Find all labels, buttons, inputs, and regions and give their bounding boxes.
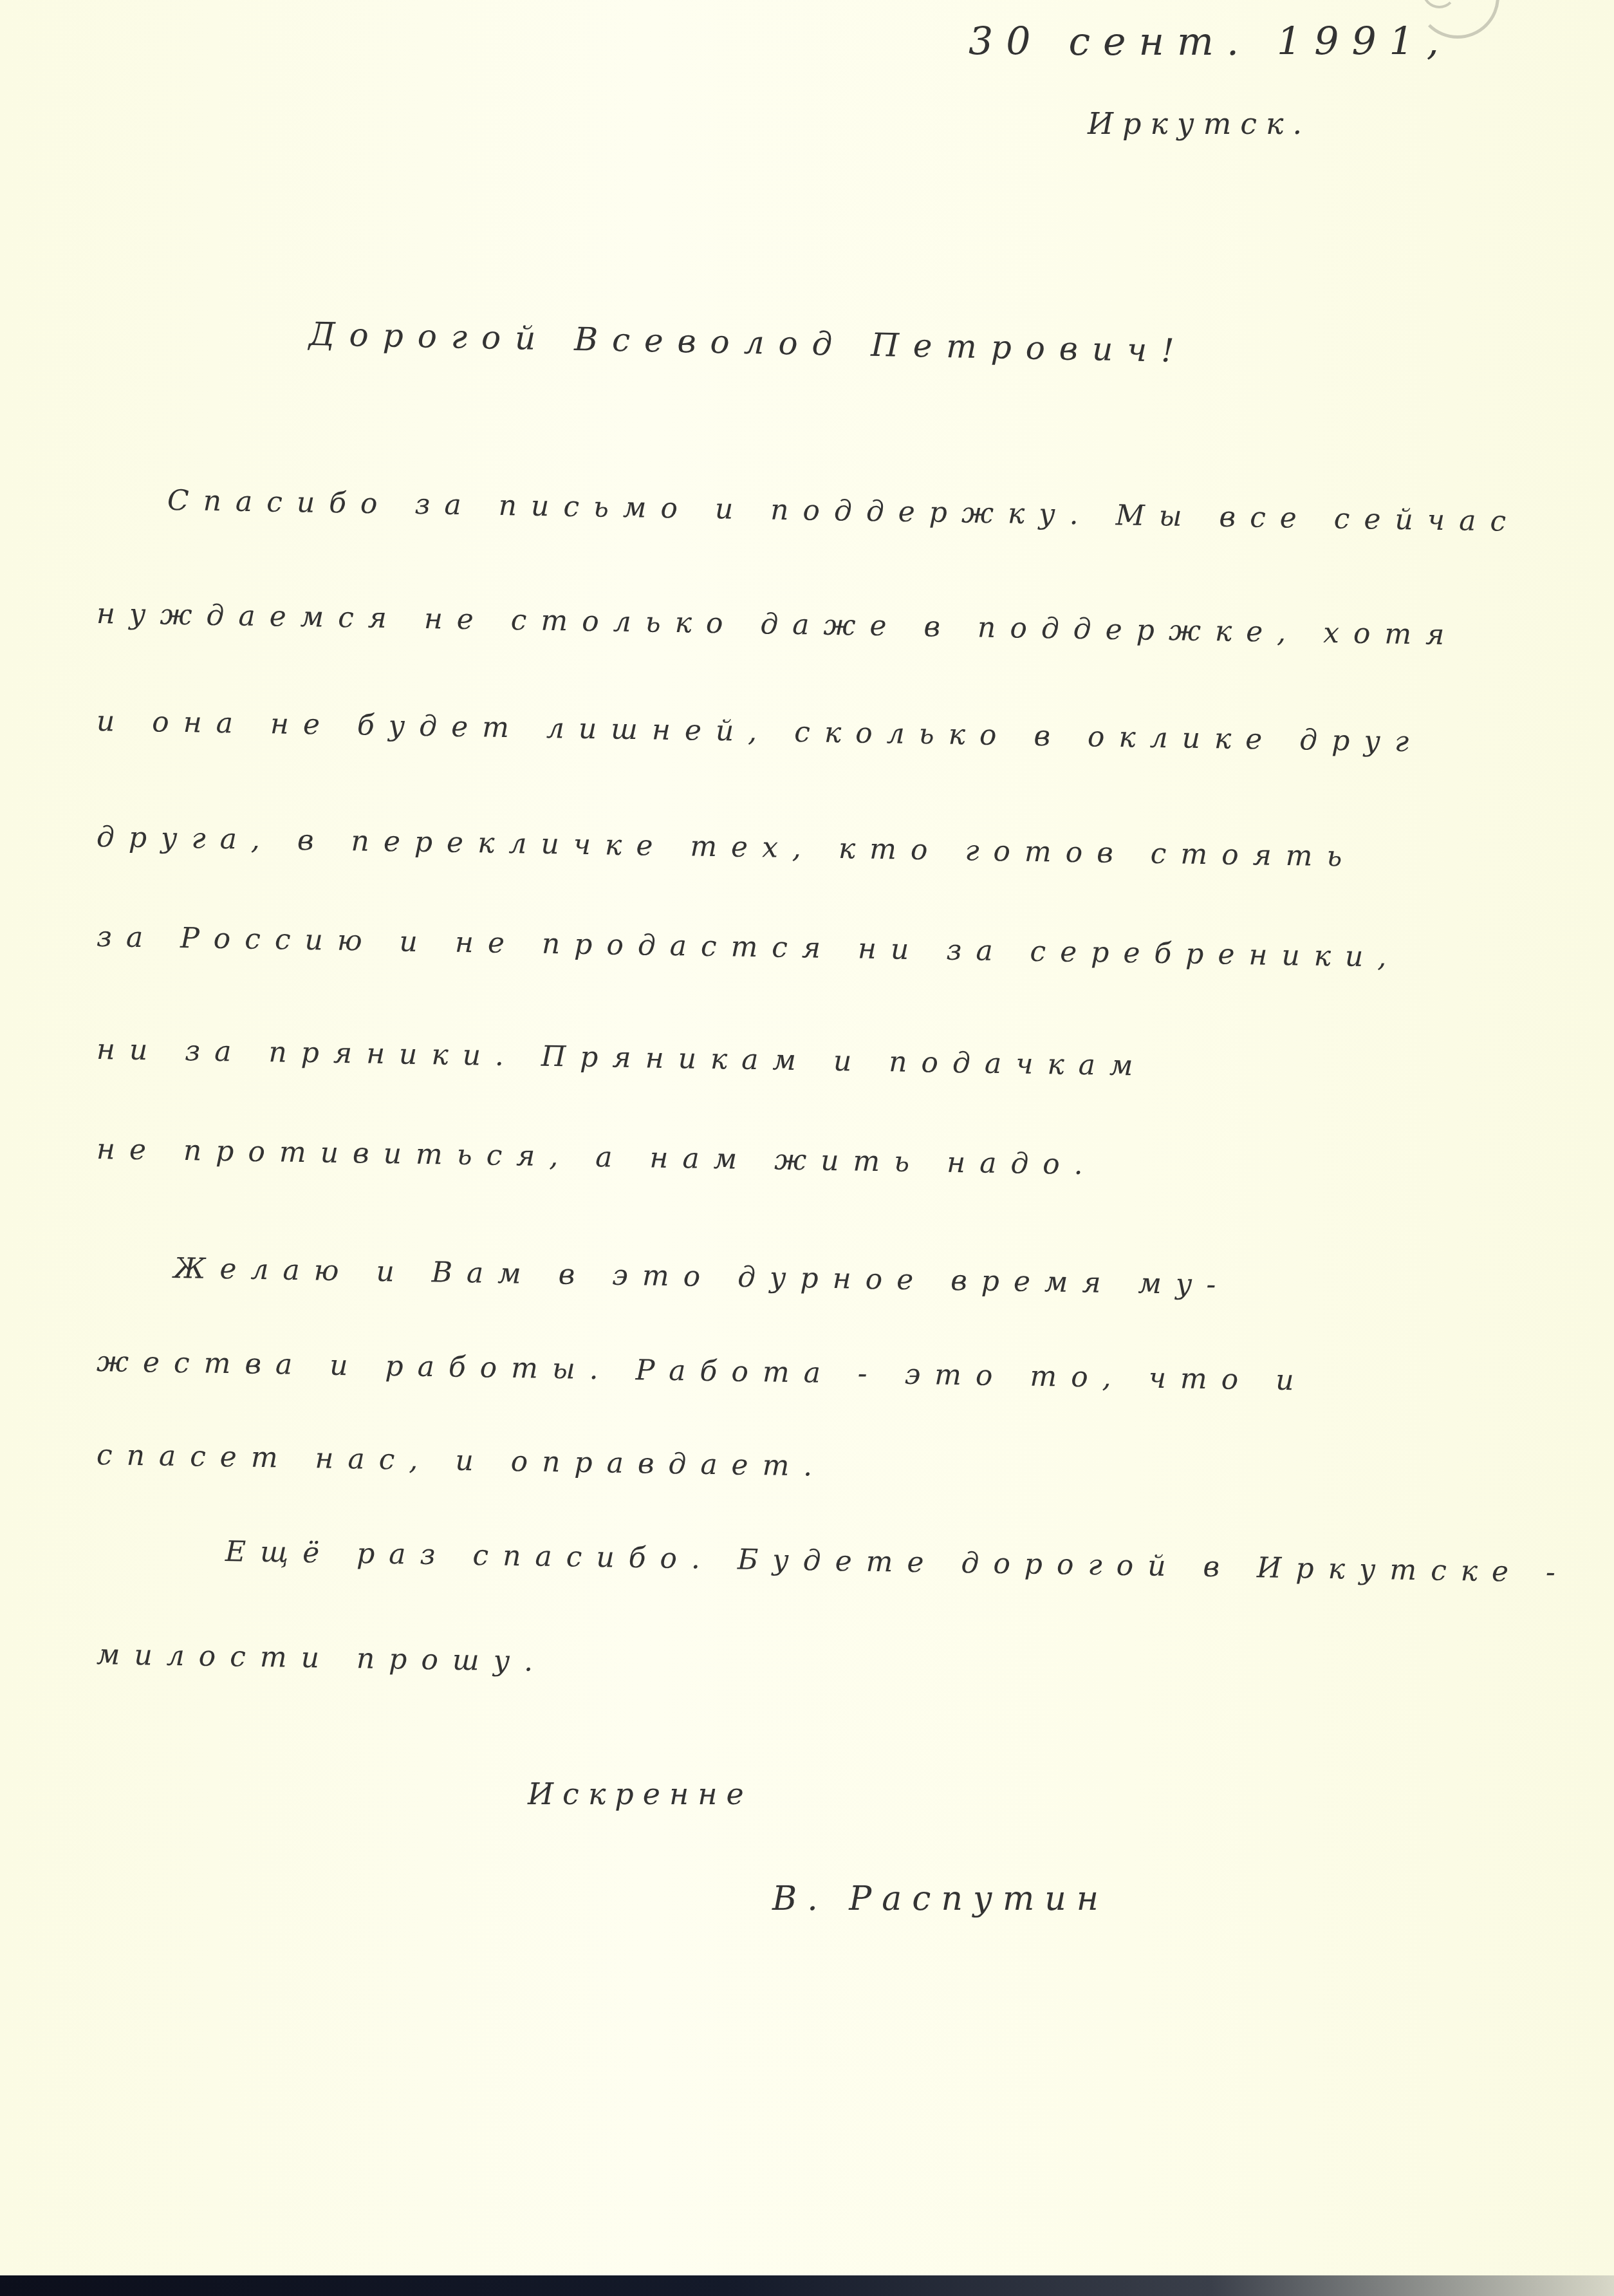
body-line: нуждаемся не столько даже в поддержке, х…	[97, 597, 1459, 651]
closing: Искренне	[528, 1777, 753, 1811]
scan-edge-border	[0, 2275, 1614, 2296]
letter-page: 30 сент. 1991, Иркутск. Дорогой Всеволод…	[0, 0, 1614, 2275]
body-line: ни за пряники. Пряникам и подачкам	[97, 1033, 1147, 1083]
salutation: Дорогой Всеволод Петрович!	[308, 315, 1188, 369]
letter-date: 30 сент. 1991,	[969, 19, 1452, 64]
body-line: милости прошу.	[97, 1638, 548, 1678]
body-line: спасет нас, и оправдает.	[97, 1439, 827, 1483]
letter-place: Иркутск.	[1088, 106, 1311, 141]
signature: В. Распутин	[772, 1880, 1109, 1918]
body-line: за Россию и не продастся ни за серебрени…	[97, 920, 1401, 974]
body-line: Желаю и Вам в это дурное время му-	[174, 1252, 1230, 1302]
body-line: не противиться, а нам жить надо.	[97, 1133, 1098, 1181]
body-line: Спасибо за письмо и поддержку. Мы все се…	[167, 484, 1521, 538]
body-line: друга, в перекличке тех, кто готов стоят…	[97, 821, 1357, 873]
body-line: и она не будет лишней, сколько в оклике …	[97, 705, 1424, 758]
body-line: Ещё раз спасибо. Будете дорогой в Иркутс…	[225, 1535, 1570, 1589]
body-line: жества и работы. Работа - это то, что и	[97, 1345, 1308, 1397]
